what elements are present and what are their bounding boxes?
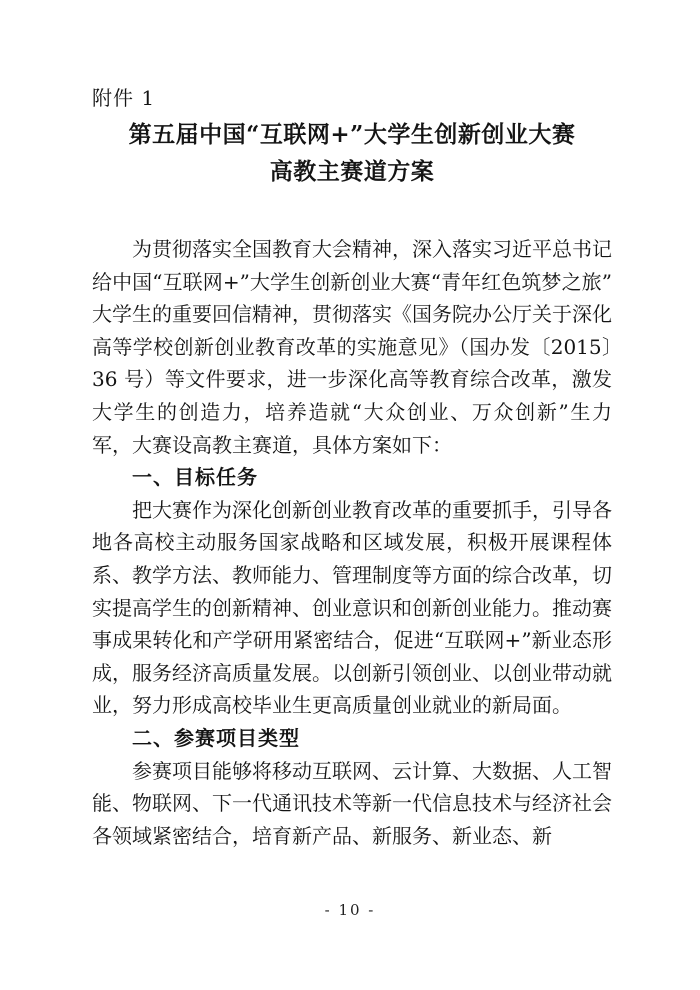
goals-paragraph: 把大赛作为深化创新创业教育改革的重要抓手，引导各地各高校主动服务国家战略和区域发… — [92, 494, 612, 722]
attachment-label: 附件 1 — [92, 86, 612, 110]
intro-paragraph: 为贯彻落实全国教育大会精神，深入落实习近平总书记给中国“互联网+”大学生创新创业… — [92, 233, 612, 461]
section-heading-project-types: 二、参赛项目类型 — [92, 722, 612, 755]
document-title-line1: 第五届中国“互联网+”大学生创新创业大赛 — [92, 116, 612, 153]
document-content: 附件 1 第五届中国“互联网+”大学生创新创业大赛 高教主赛道方案 为贯彻落实全… — [92, 86, 612, 852]
page-number: - 10 - — [0, 901, 700, 919]
project-types-paragraph: 参赛项目能够将移动互联网、云计算、大数据、人工智能、物联网、下一代通讯技术等新一… — [92, 755, 612, 853]
document-body: 为贯彻落实全国教育大会精神，深入落实习近平总书记给中国“互联网+”大学生创新创业… — [92, 233, 612, 852]
section-heading-goals: 一、目标任务 — [92, 461, 612, 494]
document-title-line2: 高教主赛道方案 — [92, 153, 612, 190]
document-page: 附件 1 第五届中国“互联网+”大学生创新创业大赛 高教主赛道方案 为贯彻落实全… — [0, 0, 700, 990]
